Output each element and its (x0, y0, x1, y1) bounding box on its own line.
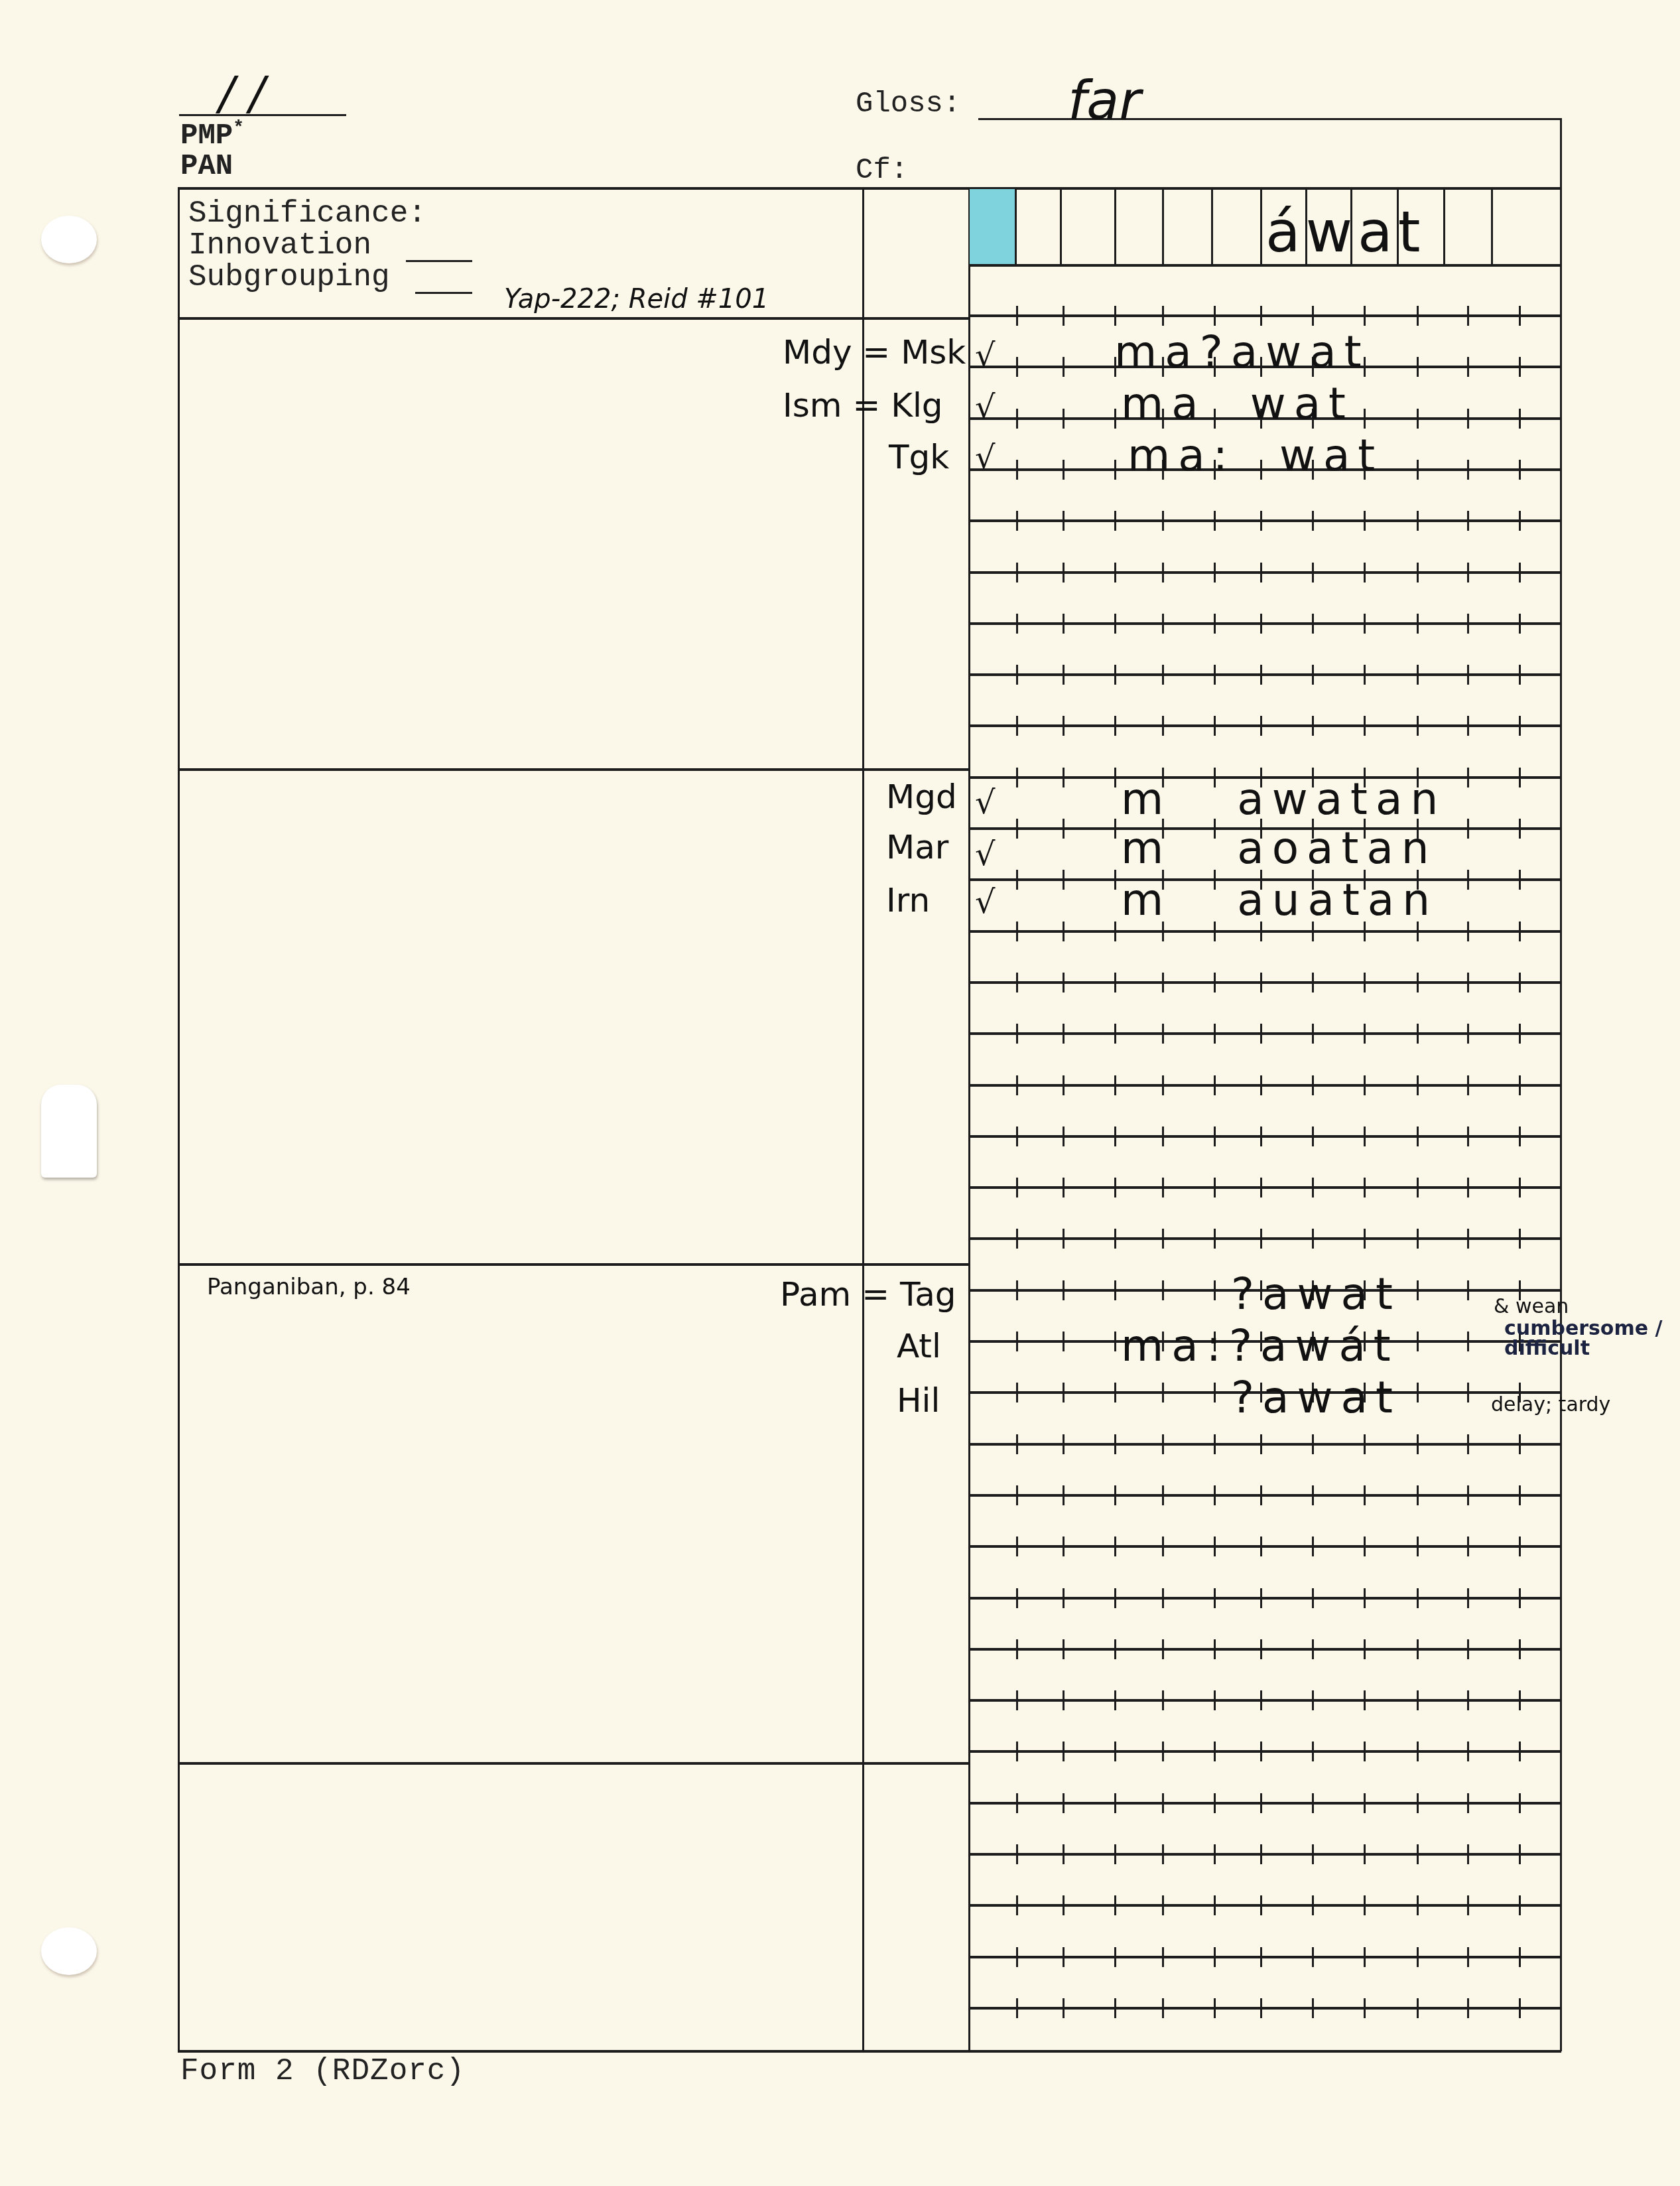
tick-mark (1312, 511, 1314, 531)
tick-mark (1114, 1639, 1116, 1659)
tick-mark (1260, 1639, 1262, 1659)
tick-mark (1162, 1127, 1164, 1146)
tick-mark (1016, 819, 1018, 839)
tick-mark (1519, 1229, 1521, 1249)
language-label: Irn (886, 881, 930, 920)
tick-mark (1467, 563, 1469, 582)
tick-mark (1214, 973, 1216, 992)
tick-mark (1162, 306, 1164, 326)
tick-mark (1364, 1947, 1366, 1967)
tick-mark (1467, 665, 1469, 685)
tick-mark (1260, 1690, 1262, 1710)
tick-mark (1114, 768, 1116, 787)
tick-mark (1364, 665, 1366, 685)
tick-mark (1162, 1895, 1164, 1915)
tick-mark (1417, 1998, 1419, 2018)
cognate-form: ma?awat (1114, 326, 1370, 377)
tick-mark (1417, 1383, 1419, 1402)
tick-mark (1114, 1742, 1116, 1761)
tick-mark (1417, 1127, 1419, 1146)
tick-mark (1364, 1844, 1366, 1864)
tick-mark (1016, 511, 1018, 531)
tick-mark (1063, 306, 1065, 326)
tick-mark (1312, 1844, 1314, 1864)
reconstruction-cell-divider (1015, 188, 1017, 266)
tick-mark (1312, 1690, 1314, 1710)
cognate-form: ma:?awát (1121, 1320, 1399, 1371)
reconstruction-row-bottom (970, 264, 1560, 267)
tick-mark (1519, 716, 1521, 736)
tick-mark (1519, 1127, 1521, 1146)
tick-mark (1519, 870, 1521, 890)
tick-mark (1260, 1793, 1262, 1813)
tick-mark (1467, 1383, 1469, 1402)
tick-mark (1162, 614, 1164, 634)
tick-mark (1016, 1895, 1018, 1915)
tick-mark (1417, 1690, 1419, 1710)
language-label: Atl (897, 1327, 941, 1365)
tick-mark (1063, 357, 1065, 377)
tick-mark (1519, 1024, 1521, 1044)
subgrouping-blank[interactable] (415, 292, 472, 294)
tick-mark (1467, 1639, 1469, 1659)
tick-mark (1519, 614, 1521, 634)
pmp-text: PMP (180, 119, 233, 153)
tick-mark (1417, 409, 1419, 429)
tick-mark (1214, 665, 1216, 685)
tick-mark (1063, 563, 1065, 582)
tick-mark (1162, 1229, 1164, 1249)
date-underline (179, 114, 346, 116)
cognate-form: m awatan (1121, 774, 1446, 825)
tick-mark (1467, 1844, 1469, 1864)
tick-mark (1162, 1690, 1164, 1710)
form-bottom-border (178, 2050, 1561, 2053)
tick-mark (1312, 1537, 1314, 1556)
tick-mark (1467, 716, 1469, 736)
reconstruction-cell-divider (1060, 188, 1062, 266)
tick-mark (1260, 1537, 1262, 1556)
tick-mark (1364, 973, 1366, 992)
tick-mark (1162, 1742, 1164, 1761)
tick-mark (1467, 460, 1469, 480)
tick-mark (1364, 1434, 1366, 1454)
innovation-label: Innovation (188, 228, 371, 263)
tick-mark (1114, 819, 1116, 839)
tick-mark (1519, 1895, 1521, 1915)
tick-mark (1114, 1332, 1116, 1351)
language-label: Mdy = Msk (783, 333, 966, 372)
tick-mark (1214, 1742, 1216, 1761)
tick-mark (1214, 511, 1216, 531)
tick-mark (1519, 1998, 1521, 2018)
tick-mark (1467, 1127, 1469, 1146)
tick-mark (1114, 870, 1116, 890)
tick-mark (1364, 1127, 1366, 1146)
tick-mark (1417, 1947, 1419, 1967)
tick-mark (1016, 1075, 1018, 1095)
tick-mark (1063, 1537, 1065, 1556)
tick-mark (1260, 716, 1262, 736)
tick-mark (1467, 1793, 1469, 1813)
tick-mark (1016, 768, 1018, 787)
ruled-line (970, 1032, 1560, 1035)
section-divider-3 (178, 1263, 970, 1266)
tick-mark (1519, 819, 1521, 839)
tick-mark (1162, 1947, 1164, 1967)
tick-mark (1214, 1485, 1216, 1505)
tick-mark (1364, 1024, 1366, 1044)
ruled-line (970, 981, 1560, 984)
tick-mark (1467, 1588, 1469, 1608)
tick-mark (1519, 1434, 1521, 1454)
section-divider-1 (178, 317, 970, 320)
form-top-border (178, 187, 1561, 190)
tick-mark (1467, 409, 1469, 429)
binder-slot-middle (41, 1085, 97, 1178)
tick-mark (1162, 1844, 1164, 1864)
tick-mark (1214, 1434, 1216, 1454)
tick-mark (1519, 460, 1521, 480)
tick-mark (1417, 1742, 1419, 1761)
tick-mark (1467, 922, 1469, 941)
tick-mark (1063, 1178, 1065, 1197)
tick-mark (1312, 1895, 1314, 1915)
tick-mark (1114, 973, 1116, 992)
ruled-line (970, 1545, 1560, 1548)
tick-mark (1016, 1844, 1018, 1864)
cf-label: Cf: (856, 154, 908, 187)
tick-mark (1016, 1332, 1018, 1351)
tick-mark (1519, 1485, 1521, 1505)
tick-mark (1467, 511, 1469, 531)
tick-mark (1260, 563, 1262, 582)
tick-mark (1312, 306, 1314, 326)
tick-mark (1114, 1127, 1116, 1146)
ruled-line (970, 571, 1560, 574)
tick-mark (1312, 1998, 1314, 2018)
innovation-blank[interactable] (406, 260, 472, 262)
section-divider-4 (178, 1762, 970, 1765)
tick-mark (1016, 1024, 1018, 1044)
tick-mark (1114, 665, 1116, 685)
tick-mark (1260, 614, 1262, 634)
tick-mark (1467, 1024, 1469, 1044)
tick-mark (1467, 306, 1469, 326)
tick-mark (1016, 973, 1018, 992)
tick-mark (1214, 716, 1216, 736)
tick-mark (1260, 1178, 1262, 1197)
form-right-border (1560, 118, 1562, 2051)
tick-mark (1162, 1434, 1164, 1454)
tick-mark (1016, 1742, 1018, 1761)
tick-mark (1063, 922, 1065, 941)
tick-mark (1260, 306, 1262, 326)
tick-mark (1063, 1639, 1065, 1659)
tick-mark (1519, 1639, 1521, 1659)
tick-mark (1162, 1280, 1164, 1300)
check-mark: √ (975, 439, 996, 476)
tick-mark (1063, 1434, 1065, 1454)
tick-mark (1214, 563, 1216, 582)
references-note: Yap-222; Reid #101 (504, 284, 769, 314)
tick-mark (1214, 1383, 1216, 1402)
date-marks: / / (219, 66, 265, 121)
tick-mark (1016, 409, 1018, 429)
tick-mark (1260, 1588, 1262, 1608)
tick-mark (1114, 614, 1116, 634)
tick-mark (1063, 870, 1065, 890)
tick-mark (1312, 1024, 1314, 1044)
language-label: Hil (897, 1381, 940, 1420)
tick-mark (1063, 511, 1065, 531)
tick-mark (1312, 1639, 1314, 1659)
tick-mark (1114, 716, 1116, 736)
tick-mark (1519, 922, 1521, 941)
tick-mark (1114, 1024, 1116, 1044)
cognate-form: ma: wat (1128, 430, 1383, 481)
cognate-form: ?awat (1231, 1372, 1401, 1423)
tick-mark (1364, 614, 1366, 634)
tick-mark (1162, 563, 1164, 582)
tick-mark (1114, 1588, 1116, 1608)
tick-mark (1114, 1793, 1116, 1813)
tick-mark (1260, 1229, 1262, 1249)
tick-mark (1312, 563, 1314, 582)
tick-mark (1364, 1998, 1366, 2018)
tick-mark (1312, 1588, 1314, 1608)
tick-mark (1162, 973, 1164, 992)
section-divider-2 (178, 768, 970, 771)
tick-mark (1260, 1024, 1262, 1044)
tick-mark (1364, 1075, 1366, 1095)
tick-mark (1162, 1485, 1164, 1505)
reconstruction-form: áwat (1265, 199, 1425, 265)
ruled-line (970, 1956, 1560, 1958)
tick-mark (1016, 1485, 1018, 1505)
tick-mark (1016, 1793, 1018, 1813)
tick-mark (1364, 1793, 1366, 1813)
tick-mark (1312, 716, 1314, 736)
tick-mark (1260, 1075, 1262, 1095)
tick-mark (1260, 1844, 1262, 1864)
tick-mark (1063, 1332, 1065, 1351)
reconstruction-highlight-cell (970, 189, 1015, 266)
pan-label: PAN (180, 150, 233, 183)
tick-mark (1364, 1178, 1366, 1197)
tick-mark (1519, 306, 1521, 326)
ruled-line (970, 1084, 1560, 1087)
tick-mark (1417, 665, 1419, 685)
ruled-line (970, 724, 1560, 727)
tick-mark (1417, 614, 1419, 634)
tick-mark (1214, 1178, 1216, 1197)
tick-mark (1114, 1280, 1116, 1300)
reconstruction-cell-divider (1114, 188, 1116, 266)
tick-mark (1467, 1280, 1469, 1300)
tick-mark (1312, 1434, 1314, 1454)
cognate-form: ma wat (1121, 378, 1354, 429)
tick-mark (1063, 1947, 1065, 1967)
tick-mark (1417, 1075, 1419, 1095)
tick-mark (1364, 1229, 1366, 1249)
ruled-line (970, 314, 1560, 317)
tick-mark (1519, 1690, 1521, 1710)
tick-mark (1312, 1229, 1314, 1249)
tick-mark (1114, 1690, 1116, 1710)
ruled-line (970, 930, 1560, 933)
check-mark: √ (975, 784, 996, 821)
gloss-label: Gloss: (856, 88, 960, 121)
tick-mark (1467, 614, 1469, 634)
tick-mark (1214, 1127, 1216, 1146)
ruled-line (970, 1135, 1560, 1138)
tick-mark (1114, 1229, 1116, 1249)
tick-mark (1260, 1485, 1262, 1505)
tick-mark (1162, 1075, 1164, 1095)
tick-mark (1312, 1793, 1314, 1813)
tick-mark (1063, 409, 1065, 429)
tick-mark (1417, 511, 1419, 531)
cognate-form: m aoatan (1121, 823, 1437, 874)
tick-mark (1467, 1998, 1469, 2018)
tick-mark (1114, 1178, 1116, 1197)
tick-mark (1016, 922, 1018, 941)
tick-mark (1214, 306, 1216, 326)
ruled-line (970, 1237, 1560, 1240)
tick-mark (1063, 665, 1065, 685)
significance-title: Significance: (188, 196, 426, 231)
tick-mark (1312, 1178, 1314, 1197)
tick-mark (1467, 357, 1469, 377)
tick-mark (1519, 973, 1521, 992)
tick-mark (1114, 1485, 1116, 1505)
check-mark: √ (975, 337, 996, 374)
language-label: Mgd (886, 778, 957, 816)
ruled-line (970, 622, 1560, 625)
tick-mark (1063, 1793, 1065, 1813)
tick-mark (1114, 306, 1116, 326)
gloss-note: & wean (1494, 1295, 1569, 1318)
tick-mark (1467, 768, 1469, 787)
tick-mark (1063, 1127, 1065, 1146)
tick-mark (1114, 922, 1116, 941)
tick-mark (1162, 1537, 1164, 1556)
tick-mark (1214, 1998, 1216, 2018)
tick-mark (1364, 1895, 1366, 1915)
tick-mark (1519, 1075, 1521, 1095)
tick-mark (1162, 1024, 1164, 1044)
tick-mark (1214, 1229, 1216, 1249)
tick-mark (1214, 614, 1216, 634)
tick-mark (1162, 1178, 1164, 1197)
tick-mark (1417, 1332, 1419, 1351)
source-note: Panganiban, p. 84 (207, 1274, 411, 1300)
tick-mark (1162, 1383, 1164, 1402)
tick-mark (1016, 1690, 1018, 1710)
tick-mark (1417, 1178, 1419, 1197)
tick-mark (1063, 1844, 1065, 1864)
tick-mark (1214, 1895, 1216, 1915)
tick-mark (1519, 665, 1521, 685)
binder-hole-bottom (41, 1927, 97, 1975)
ruled-line (970, 1904, 1560, 1907)
tick-mark (1467, 819, 1469, 839)
tick-mark (1417, 460, 1419, 480)
tick-mark (1467, 1332, 1469, 1351)
tick-mark (1467, 1947, 1469, 1967)
tick-mark (1162, 665, 1164, 685)
tick-mark (1063, 1075, 1065, 1095)
tick-mark (1063, 1998, 1065, 2018)
tick-mark (1417, 1434, 1419, 1454)
tick-mark (1519, 768, 1521, 787)
tick-mark (1364, 716, 1366, 736)
ruled-line (970, 1648, 1560, 1651)
ruled-line (970, 1699, 1560, 1702)
tick-mark (1114, 1844, 1116, 1864)
ruled-line (970, 1750, 1560, 1753)
tick-mark (1467, 1075, 1469, 1095)
tick-mark (1467, 1690, 1469, 1710)
ruled-line (970, 1802, 1560, 1805)
tick-mark (1162, 1639, 1164, 1659)
tick-mark (1016, 1280, 1018, 1300)
tick-mark (1214, 1793, 1216, 1813)
tick-mark (1364, 409, 1366, 429)
ruled-line (970, 1186, 1560, 1189)
tick-mark (1364, 563, 1366, 582)
tick-mark (1312, 1127, 1314, 1146)
reconstruction-cell-divider (1260, 188, 1262, 266)
check-mark: √ (975, 389, 996, 426)
tick-mark (1063, 819, 1065, 839)
tick-mark (1114, 409, 1116, 429)
tick-mark (1417, 1844, 1419, 1864)
tick-mark (1214, 1690, 1216, 1710)
tick-mark (1016, 1588, 1018, 1608)
tick-mark (1063, 716, 1065, 736)
tick-mark (1519, 1793, 1521, 1813)
tick-mark (1162, 1998, 1164, 2018)
tick-mark (1364, 1690, 1366, 1710)
tick-mark (1467, 870, 1469, 890)
tick-mark (1417, 716, 1419, 736)
tick-mark (1016, 1537, 1018, 1556)
tick-mark (1114, 563, 1116, 582)
tick-mark (1260, 1895, 1262, 1915)
tick-mark (1114, 1383, 1116, 1402)
tick-mark (1417, 1280, 1419, 1300)
tick-mark (1467, 973, 1469, 992)
tick-mark (1016, 357, 1018, 377)
tick-mark (1312, 665, 1314, 685)
tick-mark (1162, 1588, 1164, 1608)
tick-mark (1312, 1075, 1314, 1095)
tick-mark (1260, 1127, 1262, 1146)
tick-mark (1260, 1947, 1262, 1967)
tick-mark (1063, 1485, 1065, 1505)
tick-mark (1519, 1537, 1521, 1556)
tick-mark (1519, 511, 1521, 531)
language-label: Pam = Tag (780, 1275, 956, 1314)
tick-mark (1063, 1895, 1065, 1915)
tick-mark (1260, 511, 1262, 531)
language-label: Tgk (889, 438, 949, 476)
tick-mark (1417, 1639, 1419, 1659)
tick-mark (1063, 614, 1065, 634)
language-label: Ism = Klg (783, 386, 943, 425)
